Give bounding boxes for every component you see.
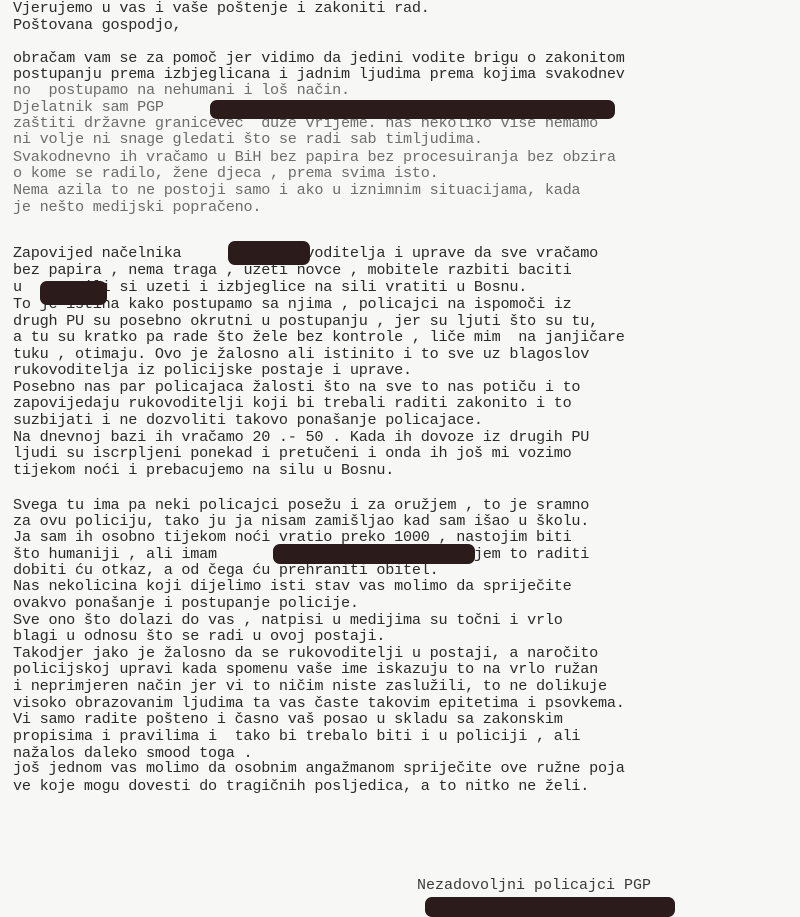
letter-line: Na dnevnoj bazi ih vračamo 20 .- 50 . Ka… (13, 429, 589, 445)
letter-line: blagi u odnosu što se radi u ovoj postaj… (13, 628, 385, 644)
letter-line: a tu su kratko pa rade što žele bez kont… (13, 329, 625, 345)
letter-line: ovakvo ponašanje i postupanje policije. (13, 595, 359, 611)
scanned-letter: Poštovana gospodjo, obračam vam se za po… (0, 0, 800, 917)
letter-line: no postupamo na nehumani i loš način. (13, 82, 350, 98)
letter-line: Takodjer jako je žalosno da se rukovodit… (13, 645, 598, 661)
redaction-bar (425, 897, 675, 917)
letter-line: je nešto medijski popračeno. (13, 199, 261, 215)
letter-line: Nema azila to ne postoji samo i ako u iz… (13, 182, 580, 198)
salutation: Poštovana gospodjo, (13, 17, 181, 33)
letter-line: Vjerujemo u vas i vaše poštenje i zakoni… (13, 0, 430, 16)
letter-line: i neprimjeren način jer vi to ničim nist… (13, 678, 607, 694)
letter-line: Nas nekolicina koji dijelimo isti stav v… (13, 578, 571, 594)
letter-line: Svega tu ima pa neki policajci posežu i … (13, 497, 589, 513)
letter-line: ve koje mogu dovesti do tragičnih poslje… (13, 778, 589, 794)
letter-line: tijekom noći i prebacujemo na silu u Bos… (13, 462, 394, 478)
letter-line: za ovu policiju, tako ju ja nisam zamišl… (13, 513, 589, 529)
letter-line: tuku , otimaju. Ovo je žalosno ali istin… (13, 346, 589, 362)
letter-line: ni volje ni snage gledati što se radi sa… (13, 131, 483, 147)
letter-line: dobiti ću otkaz, a od čega ću prehraniti… (13, 562, 438, 578)
redaction-bar (273, 544, 475, 564)
letter-line: obračam vam se za pomoč jer vidimo da je… (13, 50, 625, 66)
letter-line: Ja sam ih osobno tijekom noći vratio pre… (13, 529, 571, 545)
letter-line: postupanju prema izbjeglicana i jadnim l… (13, 66, 625, 82)
letter-line: Posebno nas par policajaca žalosti što n… (13, 379, 580, 395)
redaction-bar (210, 100, 615, 119)
letter-line: zapovijedaju rukovoditelji koji bi treba… (13, 395, 571, 411)
letter-line: propisima i pravilima i tako bi trebalo … (13, 728, 580, 744)
letter-line: rukovoditelja iz policijske postaje i up… (13, 362, 412, 378)
letter-line: Svakodnevno ih vračamo u BiH bez papira … (13, 149, 616, 165)
letter-line: Vi samo radite pošteno i časno vaš posao… (13, 711, 563, 727)
letter-line: suzbijati i ne dozvoliti takovo ponašanj… (13, 412, 483, 428)
letter-line: ljudi su iscrpljeni ponekad i pretučeni … (13, 445, 571, 461)
redaction-bar (228, 241, 310, 265)
signature: Nezadovoljni policajci PGP (417, 877, 651, 894)
letter-line: još jednom vas molimo da osobnim angažma… (13, 760, 625, 776)
letter-line: o kome se radilo, žene djeca , prema svi… (13, 165, 438, 181)
letter-line: visoko obrazovanim ljudima ta vas časte … (13, 695, 625, 711)
letter-line: policijskoj upravi kada spomenu vaše ime… (13, 661, 598, 677)
redaction-bar (40, 281, 107, 305)
letter-line: drugh PU su posebno okrutni u postupanju… (13, 313, 598, 329)
letter-line: Sve ono što dolazi do vas , natpisi u me… (13, 612, 563, 628)
